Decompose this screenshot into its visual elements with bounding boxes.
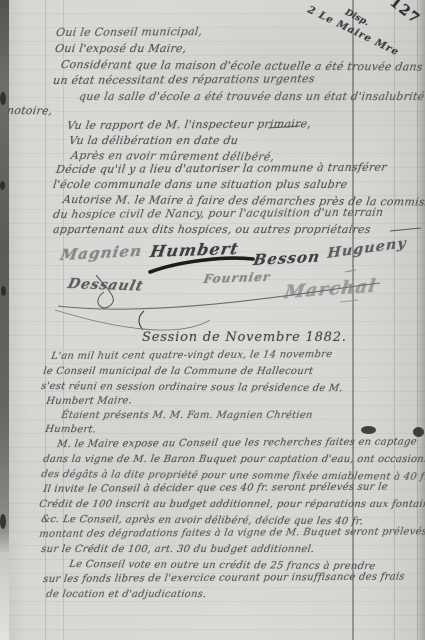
ink-blot bbox=[413, 427, 424, 437]
binding-edge bbox=[0, 0, 9, 552]
manuscript-line: des dégâts à la dite propriété pour une … bbox=[40, 469, 425, 483]
session-heading: Session de Novembre 1882. bbox=[142, 330, 347, 345]
manuscript-line: Oui l'exposé du Maire, bbox=[54, 42, 187, 55]
signature: Dessault bbox=[66, 276, 145, 295]
binding-edge-foot bbox=[0, 552, 9, 640]
edge-ink-mark bbox=[0, 514, 6, 529]
long-tail-flourish bbox=[55, 310, 210, 330]
manuscript-line: Étaient présents M. M. Fam. Magnien Chré… bbox=[60, 410, 313, 421]
signature: Humbert bbox=[149, 239, 241, 261]
manuscript-line: montant des dégradations faites à la vig… bbox=[39, 526, 425, 540]
manuscript-line: Le Conseil vote en outre un crédit de 25… bbox=[68, 559, 376, 572]
signature: Marchal bbox=[283, 276, 378, 303]
manuscript-line: M. le Maire expose au Conseil que les re… bbox=[57, 436, 418, 450]
manuscript-line: l'école communale dans une situation plu… bbox=[52, 178, 348, 191]
manuscript-line: que la salle d'école a été trouvée dans … bbox=[78, 90, 425, 103]
manuscript-line: dans la vigne de M. le Baron Buquet pour… bbox=[42, 454, 425, 465]
manuscript-line: le Conseil municipal de la Commune de Ha… bbox=[42, 366, 313, 377]
manuscript-line: Humbert Maire. bbox=[46, 395, 133, 407]
manuscript-line: &c. Le Conseil, après en avoir délibéré,… bbox=[40, 514, 364, 527]
ink-blot bbox=[361, 426, 376, 434]
signature: Fournier bbox=[203, 270, 272, 286]
manuscript-line: Vu la délibération en date du bbox=[68, 134, 239, 147]
edge-ink-mark bbox=[1, 286, 6, 296]
manuscript-line: appartenant aux dits hospices, ou autres… bbox=[52, 223, 371, 236]
signature: Magnien bbox=[59, 242, 144, 264]
manuscript-line: du hospice civil de Nancy, pour l'acquis… bbox=[52, 206, 384, 221]
manuscript-line: Décide qu'il y a lieu d'autoriser la com… bbox=[55, 161, 387, 176]
manuscript-line: notoire, bbox=[6, 104, 53, 117]
manuscript-line: de location et d'adjudications. bbox=[45, 589, 207, 600]
pencil-dash bbox=[345, 270, 356, 272]
scanned-register-page: 127 Disp. 2 Le Maire Mre Oui le Conseil … bbox=[0, 0, 425, 640]
signature: Hugueny bbox=[327, 235, 407, 262]
edge-ink-mark bbox=[0, 92, 6, 105]
manuscript-line: sur les fonds libres de l'exercice coura… bbox=[43, 571, 406, 585]
manuscript-line: L'an mil huit cent quatre-vingt deux, le… bbox=[51, 349, 334, 362]
signature: Besson bbox=[252, 248, 322, 269]
manuscript-line: sur le Crédit de 100, art. 30 du budget … bbox=[40, 544, 315, 555]
opening-paren-mark bbox=[139, 311, 144, 330]
manuscript-line: Humbert. bbox=[44, 424, 97, 435]
manuscript-line: Oui le Conseil municipal, bbox=[55, 25, 203, 39]
edge-ink-mark bbox=[0, 181, 5, 190]
pencil-dash bbox=[340, 300, 358, 302]
manuscript-line: Vu le rapport de M. l'inspecteur primair… bbox=[66, 117, 312, 132]
manuscript-line: un état nécessitant des réparations urge… bbox=[52, 72, 315, 87]
manuscript-line: Il invite le Conseil à décider que ces 4… bbox=[43, 482, 389, 495]
manuscript-line: s'est réuni en session ordinaire sous la… bbox=[40, 381, 343, 394]
manuscript-line: Crédit de 100 inscrit au budget addition… bbox=[38, 499, 425, 510]
manuscript-line: Considérant que la maison d'école actuel… bbox=[60, 58, 424, 74]
